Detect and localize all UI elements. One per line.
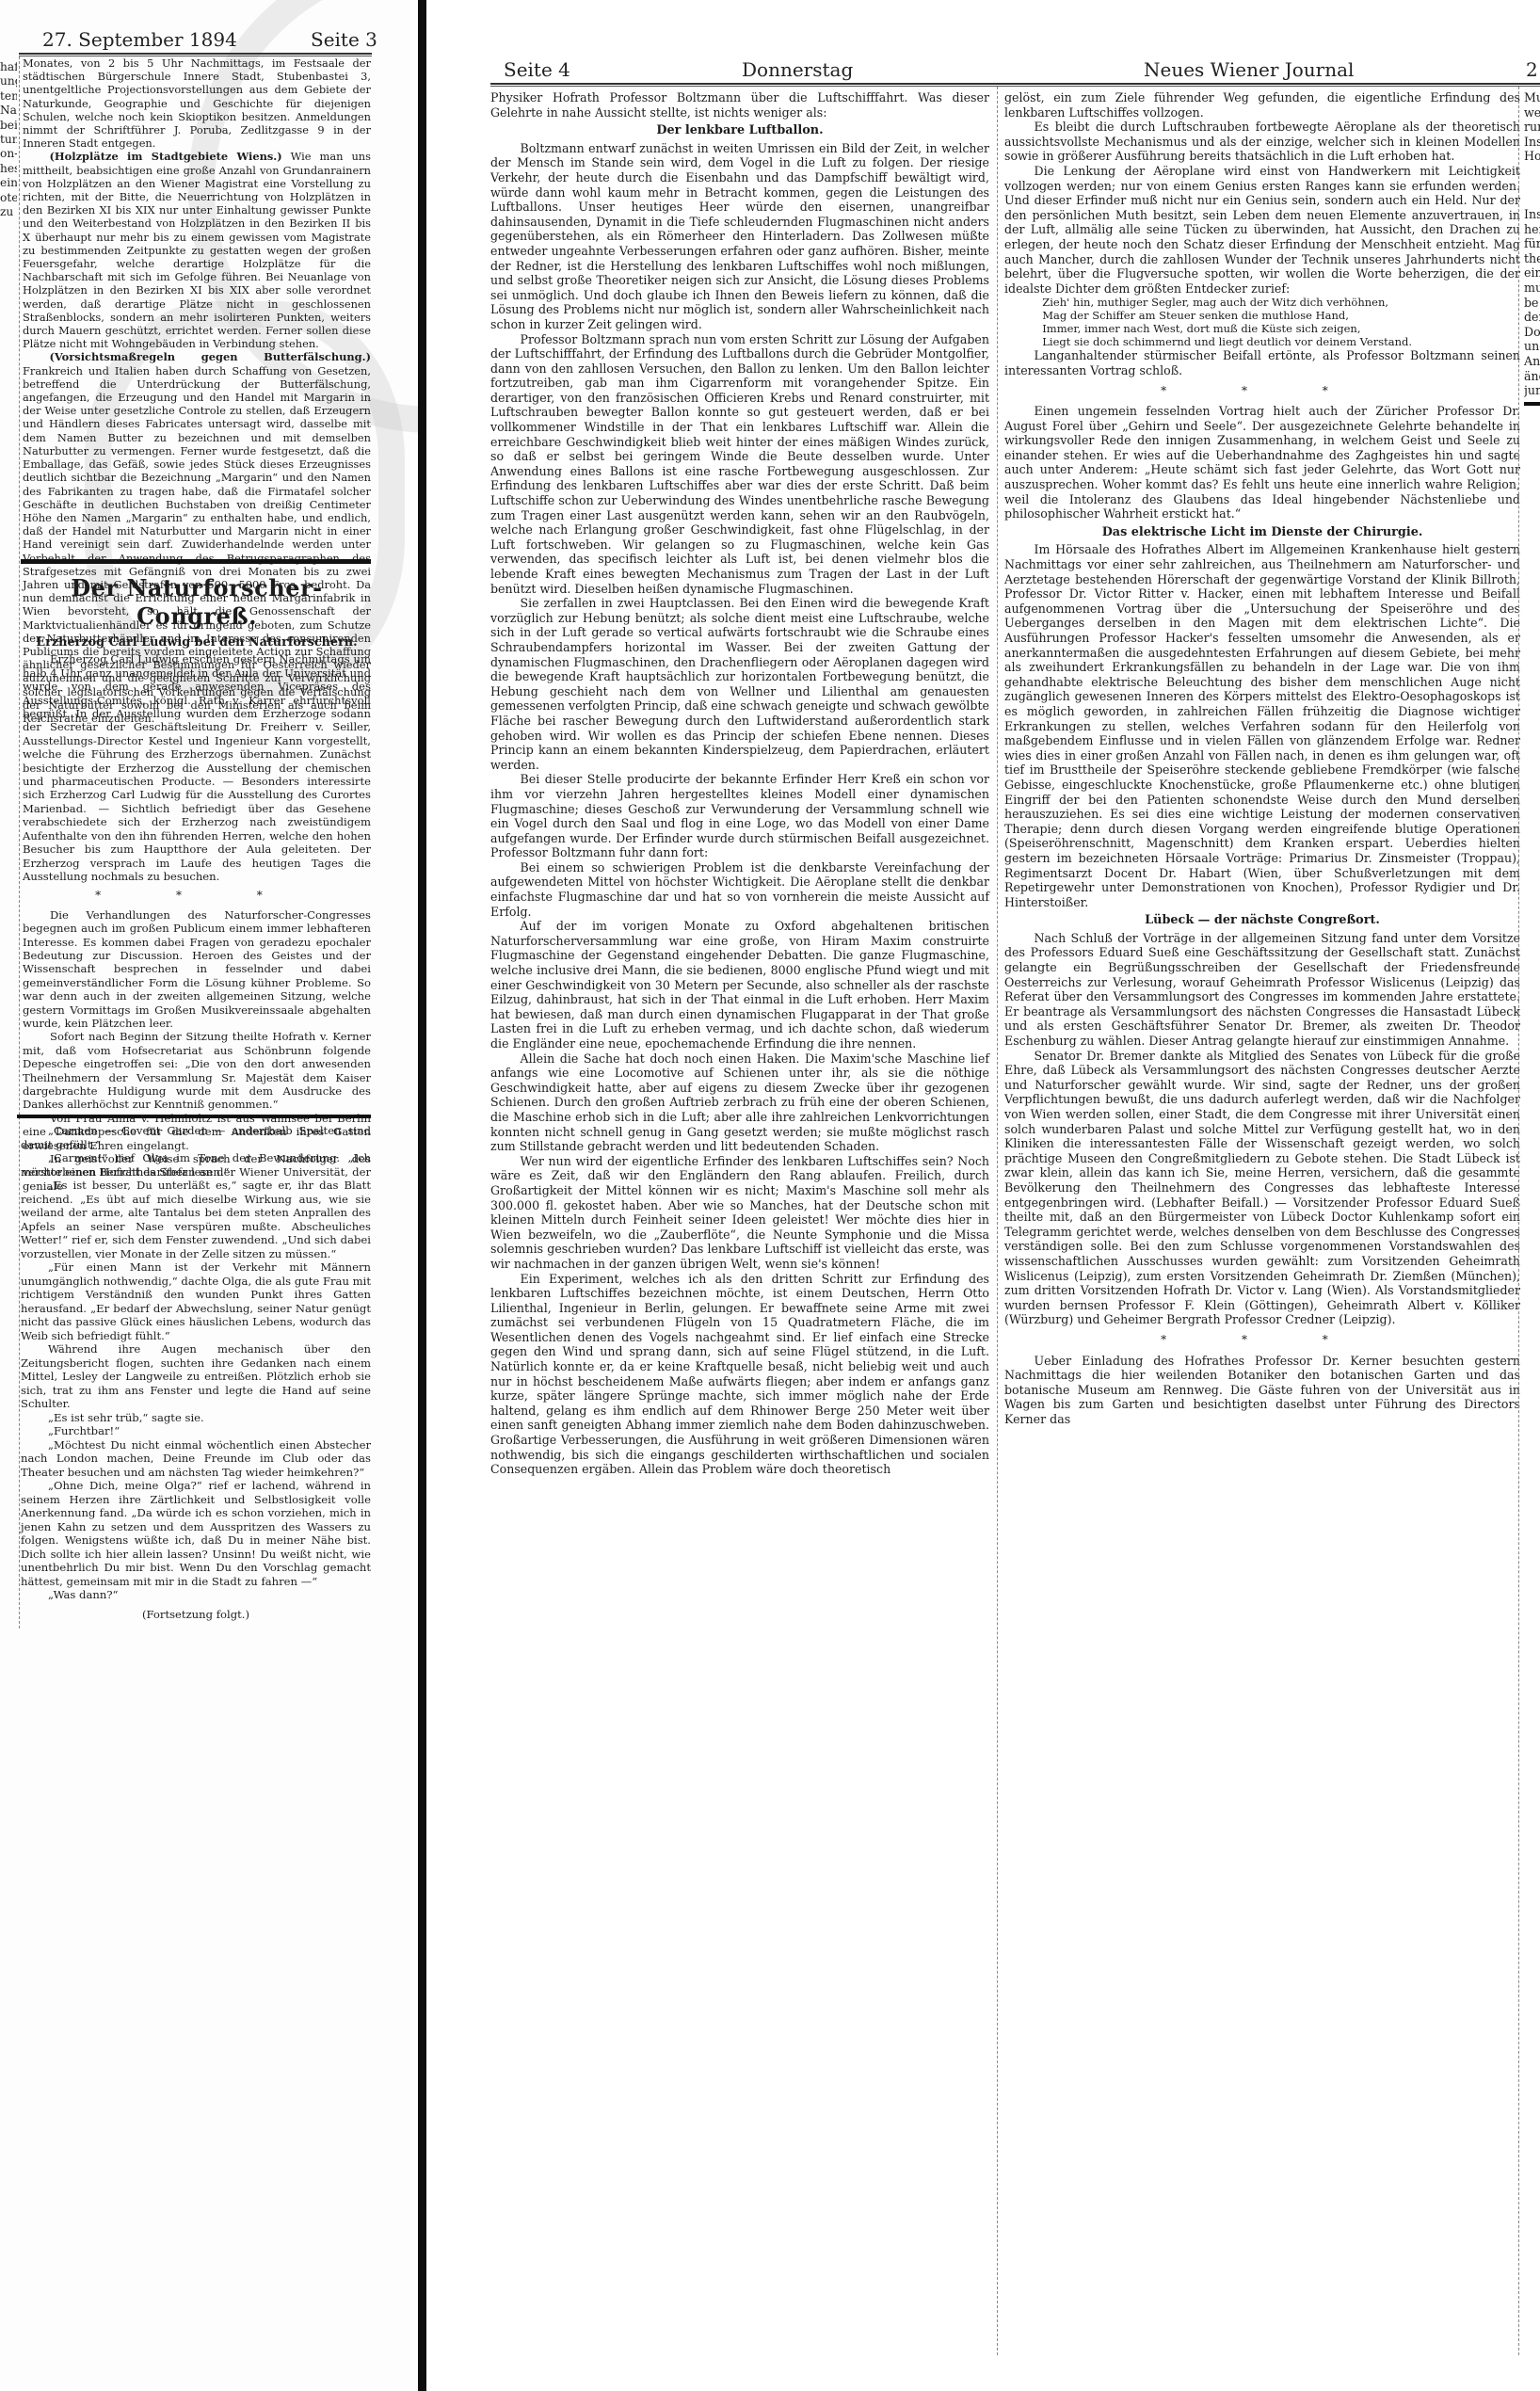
column-rule [1518, 87, 1519, 2355]
luebeck-heading: Lübeck — der nächste Congreßort. [1004, 913, 1520, 928]
feuilleton-section: „Carmen — Covent Garden — anderthalb Spa… [21, 1124, 371, 1621]
article-paragraph: Boltzmann entwarf zunächst in weiten Umr… [490, 141, 989, 332]
weekday: Donnerstag [742, 58, 853, 81]
next-page-number: 2 [1526, 58, 1538, 81]
luebeck-paragraph: Nach Schluß der Vorträge in der allgemei… [1004, 931, 1520, 1049]
feuilleton-paragraph: Während ihre Augen mechanisch über den Z… [21, 1342, 371, 1411]
congress-headline: Der Naturforscher-Congreß. [23, 574, 371, 631]
article-paragraph: Bei dieser Stelle producirte der bekannt… [490, 772, 989, 860]
botany-paragraph: Ueber Einladung des Hofrathes Professor … [1004, 1354, 1520, 1427]
congress-section: Der Naturforscher-Congreß. Erzherzog Car… [23, 569, 371, 1193]
feuilleton-paragraph: „Was dann?“ [21, 1588, 371, 1602]
article-paragraph: Allein die Sache hat doch noch einen Hak… [490, 1051, 989, 1154]
article-paragraph: Sie zerfallen in zwei Hauptclassen. Bei … [490, 596, 989, 772]
article-paragraph: Wer nun wird der eigentliche Erfinder de… [490, 1154, 989, 1272]
article-airship: Physiker Hofrath Professor Boltzmann übe… [490, 90, 989, 1477]
feuilleton-paragraph: „Furchtbar!“ [21, 1424, 371, 1438]
feuilleton-rule [17, 1115, 371, 1118]
article-paragraph: Professor Boltzmann sprach nun vom erste… [490, 332, 989, 597]
article-paragraph: Die Lenkung der Aëroplane wird einst von… [1004, 164, 1520, 296]
cut-off-column-edge: haft ung ten, Na- bei- tung on- hes ein-… [0, 60, 17, 219]
feuilleton-paragraph: „Es ist sehr trüb,“ sagte sie. [21, 1411, 371, 1425]
verse-line: Mag der Schiffer am Steuer senken die mu… [1004, 309, 1520, 322]
congress-paragraph: Sofort nach Beginn der Sitzung theilte H… [23, 1030, 371, 1111]
verse-line: Immer, immer nach West, dort muß die Küs… [1004, 322, 1520, 335]
surgery-heading: Das elektrische Licht im Dienste der Chi… [1004, 525, 1520, 540]
left-page-fragment: 27. September 1894 Seite 3 haft ung ten,… [0, 0, 421, 2391]
feuilleton-paragraph: „Es ist besser, Du unterläßt es,“ sagte … [21, 1179, 371, 1260]
section-stars: * * * [1004, 384, 1520, 399]
feuilleton-paragraph: „Für einen Mann ist der Verkehr mit Männ… [21, 1260, 371, 1342]
congress-paragraph: Erzherzog Carl Ludwig erschien gestern N… [23, 652, 371, 883]
notice-holzplaetze: (Holzplätze im Stadtgebiete Wiens.) Wie … [23, 150, 371, 350]
feuilleton-paragraph: „Carmen — Covent Garden — anderthalb Spa… [21, 1124, 371, 1151]
section-rule [21, 559, 371, 564]
right-column: gelöst, ein zum Ziele führender Weg gefu… [1004, 90, 1520, 1426]
article-paragraph: Auf der im vorigen Monate zu Oxford abge… [490, 919, 989, 1051]
page-gutter-bar [418, 0, 426, 2391]
feuilleton-paragraph: „Carmen!“ rief Olga im Tone der Bewunder… [21, 1151, 371, 1179]
verse-line: Liegt sie doch schimmernd und liegt deut… [1004, 335, 1520, 348]
surgery-paragraph: Im Hörsaale des Hofrathes Albert im Allg… [1004, 542, 1520, 909]
article-paragraph: Bei einem so schwierigen Problem ist die… [490, 860, 989, 919]
article-paragraph: Ein Experiment, welches ich als den drit… [490, 1272, 989, 1477]
continued-notice: (Fortsetzung folgt.) [21, 1608, 371, 1622]
masthead: Neues Wiener Journal [1144, 58, 1354, 81]
section-rule [1524, 402, 1540, 406]
article-heading: Der lenkbare Luftballon. [490, 123, 989, 138]
notice-projections: Monates, von 2 bis 5 Uhr Nachmittags, im… [23, 56, 371, 150]
right-page-number: Seite 4 [504, 58, 570, 81]
article-intro: Physiker Hofrath Professor Boltzmann übe… [490, 90, 989, 120]
article-paragraph: Es bleibt die durch Luftschrauben fortbe… [1004, 120, 1520, 164]
left-page-number: Seite 3 [311, 28, 377, 51]
section-stars: * * * [1004, 1333, 1520, 1348]
congress-subheading: Erzherzog Carl Ludwig bei den Naturforsc… [23, 636, 371, 650]
feuilleton-paragraph: „Ohne Dich, meine Olga?“ rief er lachend… [21, 1479, 371, 1588]
article-paragraph: Langanhaltender stürmischer Beifall ertö… [1004, 348, 1520, 377]
cut-off-column-right: Mus wese rung Insti Hofr Insti heim für … [1524, 90, 1540, 409]
luebeck-paragraph: Senator Dr. Bremer dankte als Mitglied d… [1004, 1049, 1520, 1327]
right-page: Seite 4 Donnerstag Neues Wiener Journal … [426, 0, 1540, 2391]
feuilleton-paragraph: „Möchtest Du nicht einmal wöchentlich ei… [21, 1438, 371, 1480]
article-paragraph: Einen ungemein fesselnden Vortrag hielt … [1004, 404, 1520, 522]
article-paragraph: gelöst, ein zum Ziele führender Weg gefu… [1004, 90, 1520, 120]
header-rule [490, 83, 1540, 87]
congress-paragraph: Die Verhandlungen des Naturforscher-Cong… [23, 908, 371, 1031]
column-rule [997, 87, 998, 2355]
verse-line: Zieh' hin, muthiger Segler, mag auch der… [1004, 296, 1520, 309]
section-stars: * * * [23, 889, 371, 902]
column-rule [19, 56, 20, 1629]
left-page-date: 27. September 1894 [42, 28, 237, 51]
